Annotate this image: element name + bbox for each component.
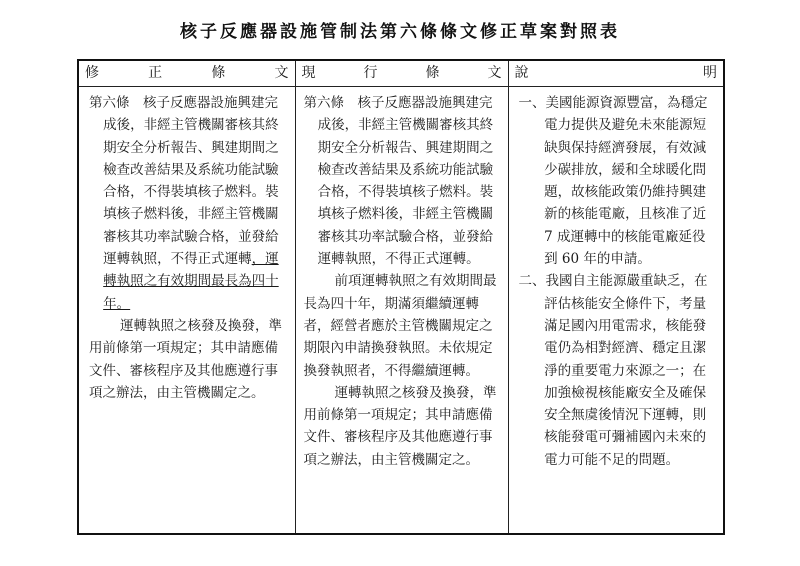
amended-paragraph-2: 運轉執照之核發及換發，準用前條第一項規定；其申請應備文件、審核程序及其他應遵行事…	[89, 315, 287, 404]
header-char: 文	[488, 61, 502, 86]
header-char: 條	[211, 61, 225, 86]
explanation-item-2: 二、我國自主能源嚴重缺乏，在評估核能安全條件下，考量滿足國內用電需求，核能發電仍…	[519, 270, 718, 471]
amended-para1-text: 核子反應器設施興建完成後，非經主管機關審核其終期安全分析報告、興建期間之檢查改善…	[103, 95, 279, 267]
current-paragraph-3: 運轉執照之核發及換發，準用前條第一項規定；其申請應備文件、審核程序及其他應遵行事…	[304, 382, 500, 471]
table-header-row: 修 正 條 文 現 行 條 文 說 明	[78, 60, 724, 87]
header-char: 文	[274, 61, 288, 86]
amended-article-cell: 第六條 核子反應器設施興建完成後，非經主管機關審核其終期安全分析報告、興建期間之…	[78, 87, 295, 535]
current-paragraph-1: 第六條 核子反應器設施興建完成後，非經主管機關審核其終期安全分析報告、興建期間之…	[304, 92, 500, 270]
header-char: 說	[515, 61, 529, 86]
header-char: 修	[85, 61, 99, 86]
item-number: 一、	[519, 95, 546, 111]
article-label: 第六條	[304, 95, 345, 111]
header-char: 現	[302, 61, 316, 86]
comparison-table: 修 正 條 文 現 行 條 文 說 明	[77, 59, 725, 535]
current-article-cell: 第六條 核子反應器設施興建完成後，非經主管機關審核其終期安全分析報告、興建期間之…	[295, 87, 508, 535]
item-text: 美國能源資源豐富，為穩定電力提供及避免未來能源短缺與保持經濟發展，有效減少碳排放…	[544, 95, 707, 267]
header-char: 正	[148, 61, 162, 86]
header-char: 條	[426, 61, 440, 86]
header-char: 明	[703, 61, 717, 86]
header-char: 行	[364, 61, 378, 86]
header-amended-text: 修 正 條 文	[78, 60, 295, 87]
article-label: 第六條	[89, 95, 130, 111]
current-para1-text: 核子反應器設施興建完成後，非經主管機關審核其終期安全分析報告、興建期間之檢查改善…	[318, 95, 494, 267]
item-text: 我國自主能源嚴重缺乏，在評估核能安全條件下，考量滿足國內用電需求，核能發電仍為相…	[544, 273, 707, 467]
header-explanation: 說 明	[508, 60, 724, 87]
table-body-row: 第六條 核子反應器設施興建完成後，非經主管機關審核其終期安全分析報告、興建期間之…	[78, 87, 724, 535]
current-paragraph-2: 前項運轉執照之有效期間最長為四十年，期滿須繼續運轉者，經營者應於主管機關規定之期…	[304, 270, 500, 381]
document-title: 核子反應器設施管制法第六條條文修正草案對照表	[0, 17, 800, 42]
explanation-item-1: 一、美國能源資源豐富，為穩定電力提供及避免未來能源短缺與保持經濟發展，有效減少碳…	[519, 92, 718, 270]
header-current-text: 現 行 條 文	[295, 60, 508, 87]
explanation-cell: 一、美國能源資源豐富，為穩定電力提供及避免未來能源短缺與保持經濟發展，有效減少碳…	[508, 87, 724, 535]
amended-paragraph-1: 第六條 核子反應器設施興建完成後，非經主管機關審核其終期安全分析報告、興建期間之…	[89, 92, 287, 315]
item-number: 二、	[519, 273, 546, 289]
